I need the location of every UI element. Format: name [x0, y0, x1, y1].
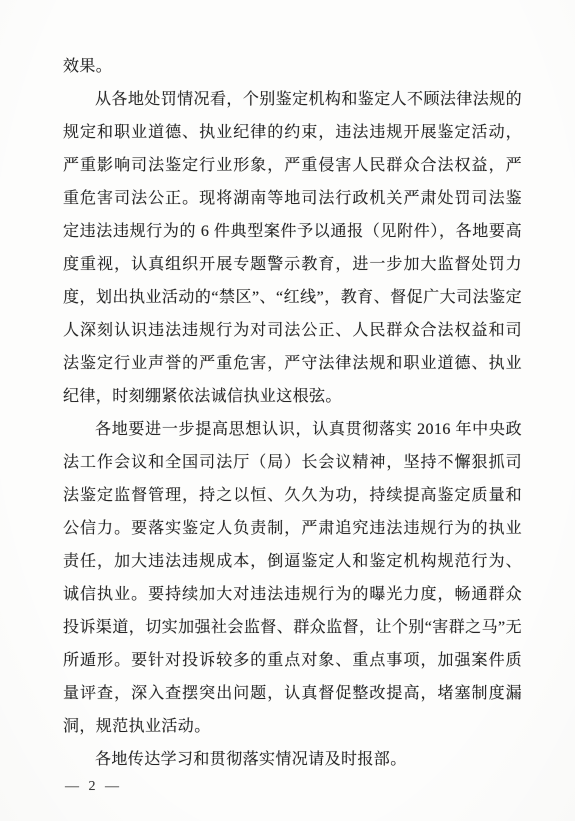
- document-body: 效果。 从各地处罚情况看，个别鉴定机构和鉴定人不顾法律法规的规定和职业道德、执业…: [63, 50, 522, 776]
- paragraph-implementation-requirements: 各地要进一步提高思想认识，认真贯彻落实 2016 年中央政法工作会议和全国司法厅…: [63, 413, 522, 743]
- scanned-document-page: 效果。 从各地处罚情况看，个别鉴定机构和鉴定人不顾法律法规的规定和职业道德、执业…: [0, 0, 575, 821]
- paragraph-carryover: 效果。: [63, 50, 522, 83]
- paragraph-reporting-request: 各地传达学习和贯彻落实情况请及时报部。: [63, 743, 522, 776]
- page-number: — 2 —: [65, 779, 122, 795]
- paragraph-punishment-overview: 从各地处罚情况看，个别鉴定机构和鉴定人不顾法律法规的规定和职业道德、执业纪律的约…: [63, 83, 522, 413]
